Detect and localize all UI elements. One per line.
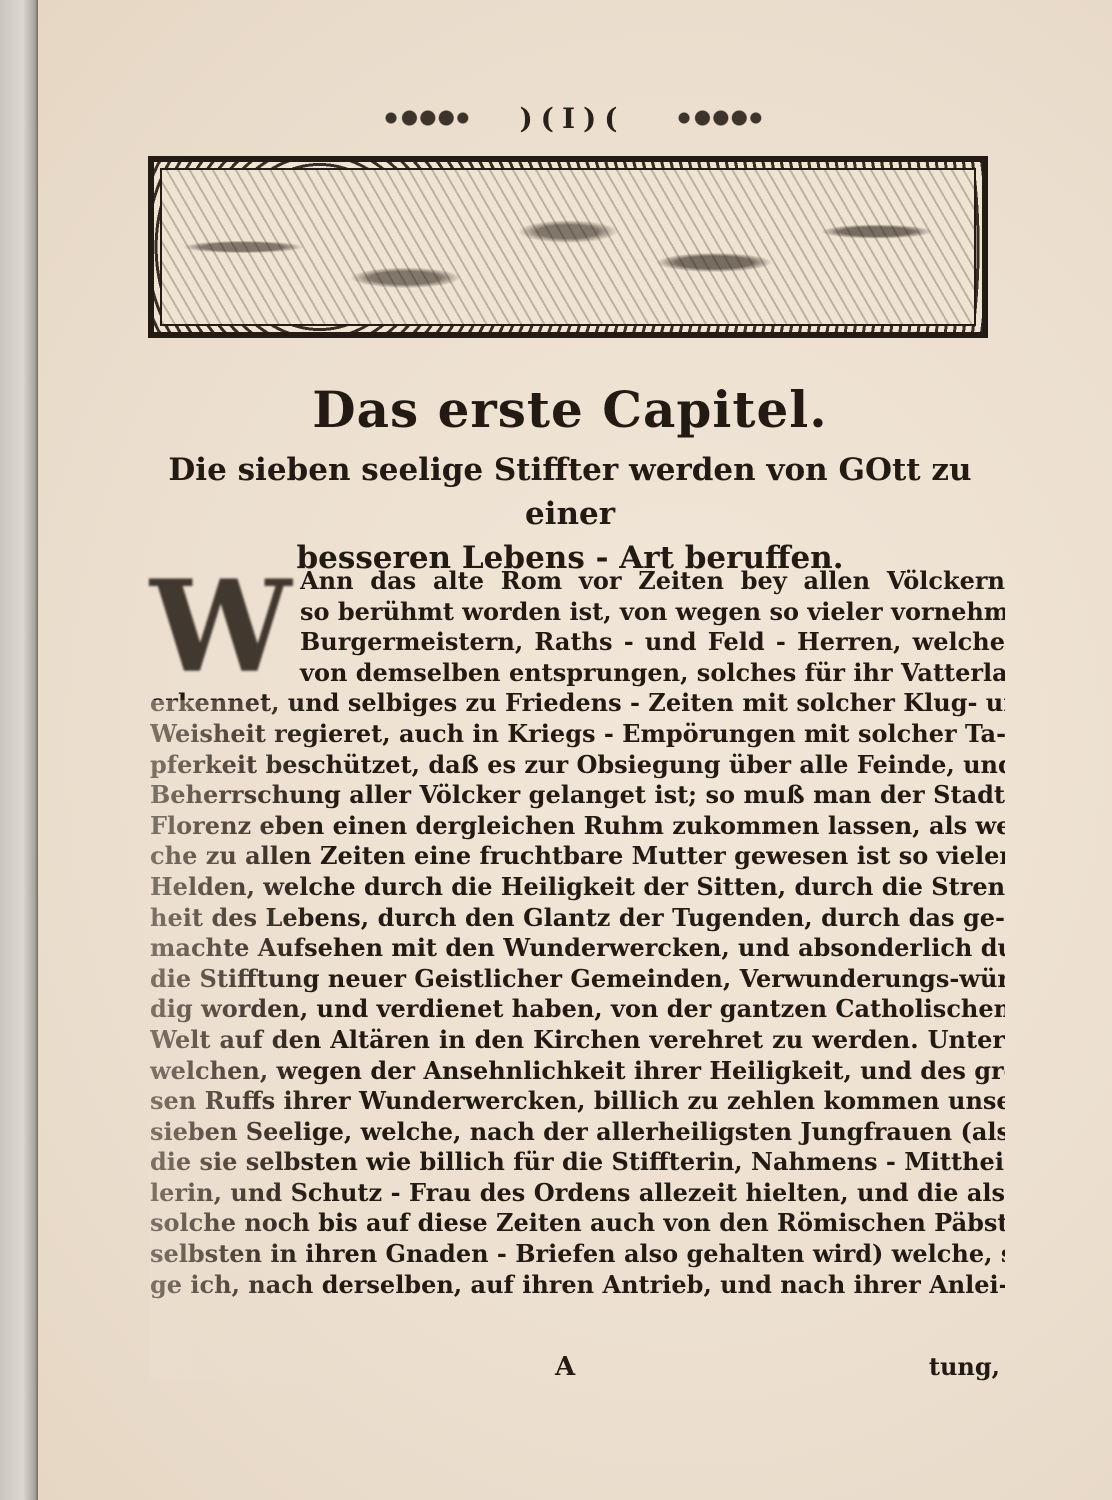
text-line: die sie selbsten wie billich für die Sti… bbox=[150, 1147, 1005, 1178]
text-line: heit des Lebens, durch den Glantz der Tu… bbox=[150, 903, 1005, 934]
floral-headpiece-banner bbox=[148, 156, 988, 338]
text-line: pferkeit beschützet, daß es zur Obsiegun… bbox=[150, 750, 1005, 781]
floral-ornament-icon bbox=[160, 168, 976, 326]
text-line: machte Aufsehen mit den Wunderwercken, u… bbox=[150, 933, 1005, 964]
text-line: che zu allen Zeiten eine fruchtbare Mutt… bbox=[150, 841, 1005, 872]
page-number: )(I)( bbox=[519, 102, 625, 135]
text-line: ge ich, nach derselben, auf ihren Antrie… bbox=[150, 1270, 1005, 1301]
text-line: Ann das alte Rom vor Zeiten bey allen Vö… bbox=[150, 566, 1005, 597]
folio-number: I bbox=[562, 102, 583, 135]
fleuron-ornament-icon bbox=[673, 105, 765, 131]
text-line: Helden, welche durch die Heiligkeit der … bbox=[150, 872, 1005, 903]
text-line: solche noch bis auf diese Zeiten auch vo… bbox=[150, 1208, 1005, 1239]
text-line: Beherrschung aller Völcker gelanget ist;… bbox=[150, 780, 1005, 811]
text-line: lerin, und Schutz - Frau des Ordens alle… bbox=[150, 1178, 1005, 1209]
text-line: von demselben entsprungen, solches für i… bbox=[150, 658, 1005, 689]
book-gutter bbox=[0, 0, 38, 1500]
text-line: Welt auf den Altären in den Kirchen vere… bbox=[150, 1025, 1005, 1056]
text-line: sen Ruffs ihrer Wunderwercken, billich z… bbox=[150, 1086, 1005, 1117]
subtitle-line: Die sieben seelige Stiffter werden von G… bbox=[140, 448, 1000, 536]
text-line: Weisheit regieret, auch in Kriegs - Empö… bbox=[150, 719, 1005, 750]
text-line: selbsten in ihren Gnaden - Briefen also … bbox=[150, 1239, 1005, 1270]
page-footer: A tung, bbox=[150, 1352, 1000, 1386]
text-line: Burgermeistern, Raths - und Feld - Herre… bbox=[150, 627, 1005, 658]
chapter-title: Das erste Capitel. bbox=[150, 380, 990, 439]
text-line: dig worden, und verdienet haben, von der… bbox=[150, 994, 1005, 1025]
text-line: sieben Seelige, welche, nach der allerhe… bbox=[150, 1117, 1005, 1148]
catchword: tung, bbox=[929, 1352, 1000, 1381]
text-line: so berühmt worden ist, von wegen so viel… bbox=[150, 597, 1005, 628]
body-text: Ann das alte Rom vor Zeiten bey allen Vö… bbox=[150, 566, 1005, 1300]
signature-mark: A bbox=[555, 1352, 575, 1382]
text-line: welchen, wegen der Ansehnlichkeit ihrer … bbox=[150, 1056, 1005, 1087]
fleuron-ornament-icon bbox=[380, 105, 472, 131]
running-header: )(I)( bbox=[380, 96, 765, 140]
text-line: erkennet, und selbiges zu Friedens - Zei… bbox=[150, 688, 1005, 719]
text-line: die Stifftung neuer Geistlicher Gemeinde… bbox=[150, 964, 1005, 995]
text-line: Florenz eben einen dergleichen Ruhm zuko… bbox=[150, 811, 1005, 842]
